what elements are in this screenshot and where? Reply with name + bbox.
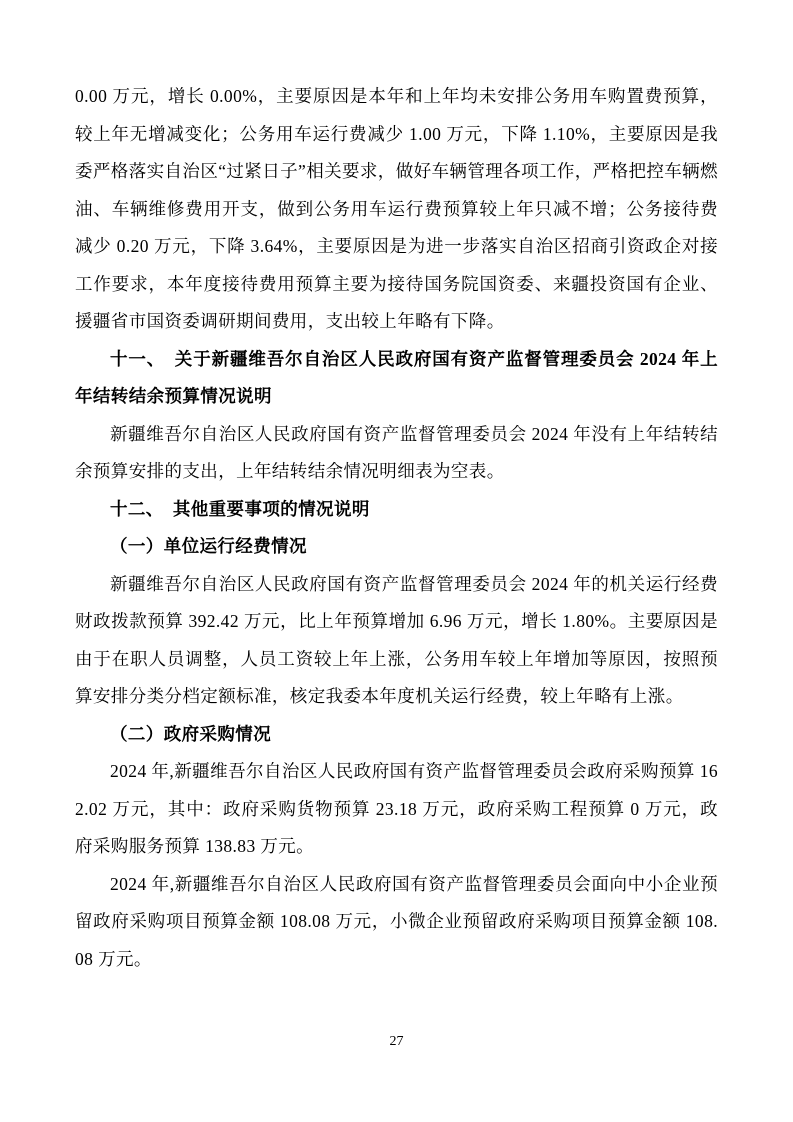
sub-heading-1-operating-expenses: （一）单位运行经费情况 [75, 528, 718, 566]
paragraph-sme-reserved-procurement: 2024 年,新疆维吾尔自治区人民政府国有资产监督管理委员会面向中小企业预留政府… [75, 866, 718, 979]
paragraph-vehicle-and-reception-fees: 0.00 万元，增长 0.00%，主要原因是本年和上年均未安排公务用车购置费预算… [75, 78, 718, 341]
section-heading-11-carryover-budget: 十一、 关于新疆维吾尔自治区人民政府国有资产监督管理委员会 2024 年上年结转… [75, 341, 718, 416]
paragraph-procurement-budget-detail: 2024 年,新疆维吾尔自治区人民政府国有资产监督管理委员会政府采购预算 162… [75, 753, 718, 866]
document-page: 0.00 万元，增长 0.00%，主要原因是本年和上年均未安排公务用车购置费预算… [0, 0, 793, 1122]
sub-heading-2-government-procurement: （二）政府采购情况 [75, 716, 718, 754]
page-number: 27 [0, 1034, 793, 1050]
section-heading-12-other-important-matters: 十二、 其他重要事项的情况说明 [75, 491, 718, 529]
paragraph-operating-expenses-detail: 新疆维吾尔自治区人民政府国有资产监督管理委员会 2024 年的机关运行经费财政拨… [75, 566, 718, 716]
paragraph-carryover-budget-note: 新疆维吾尔自治区人民政府国有资产监督管理委员会 2024 年没有上年结转结余预算… [75, 416, 718, 491]
